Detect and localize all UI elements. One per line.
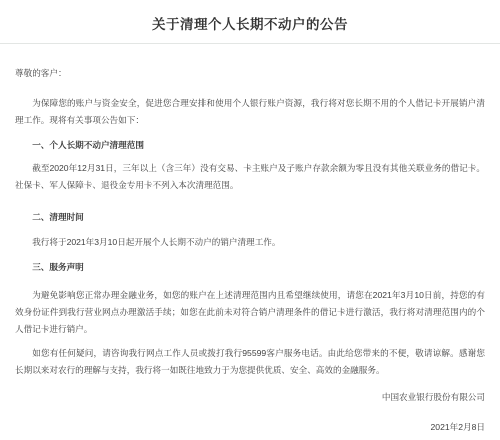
- issuer-signature: 中国农业银行股份有限公司: [15, 389, 485, 406]
- section-1-paragraph: 截至2020年12月31日，三年以上（含三年）没有交易、卡主账户及子账户存款余额…: [15, 160, 485, 194]
- section-3-paragraph-2: 如您有任何疑问，请咨询我行网点工作人员或拨打我行95599客户服务电话。由此给您…: [15, 345, 485, 379]
- announcement-document: 关于清理个人长期不动户的公告 尊敬的客户： 为保障您的账户与资金安全，促进您合理…: [0, 0, 500, 440]
- greeting-line: 尊敬的客户：: [15, 65, 485, 82]
- section-2-heading: 二、清理时间: [15, 209, 485, 226]
- section-1-heading: 一、个人长期不动户清理范围: [15, 137, 485, 154]
- section-3-heading: 三、服务声明: [15, 259, 485, 276]
- page-title: 关于清理个人长期不动户的公告: [0, 0, 500, 34]
- intro-paragraph: 为保障您的账户与资金安全，促进您合理安排和使用个人银行账户资源，我行将对您长期不…: [15, 95, 485, 129]
- document-body: 尊敬的客户： 为保障您的账户与资金安全，促进您合理安排和使用个人银行账户资源，我…: [0, 44, 500, 436]
- section-3-paragraph-1: 为避免影响您正常办理金融业务，如您的账户在上述清理范围内且希望继续使用，请您在2…: [15, 287, 485, 338]
- issue-date: 2021年2月8日: [15, 419, 485, 436]
- section-2-paragraph: 我行将于2021年3月10日起开展个人长期不动户的销户清理工作。: [15, 234, 485, 251]
